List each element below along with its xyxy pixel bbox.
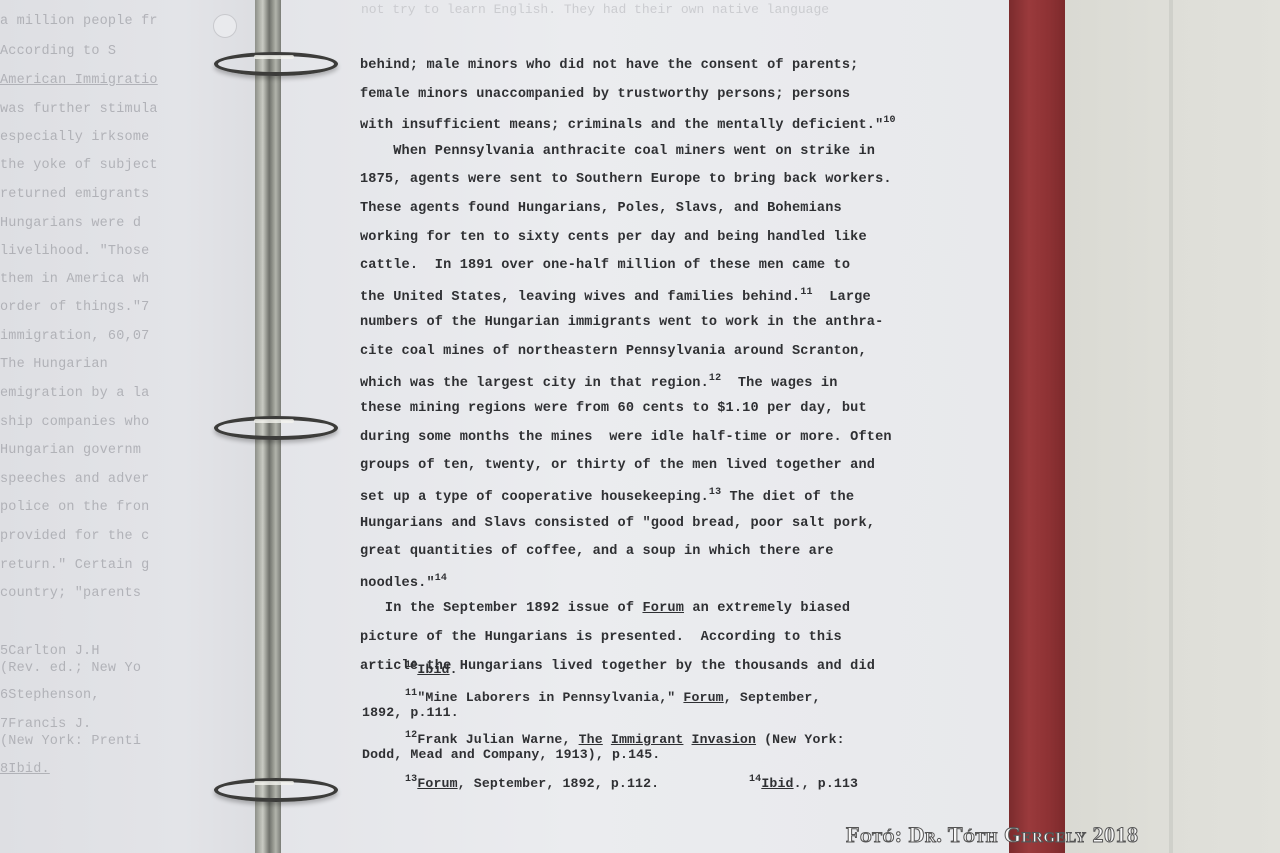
- body-line: cattle. In 1891 over one-half million of…: [360, 258, 850, 273]
- left-page-line: returned emigrants: [0, 187, 262, 202]
- footnote-13: 13Forum, September, 1892, p.112.: [405, 774, 659, 791]
- footnote-11: 11"Mine Laborers in Pennsylvania," Forum…: [405, 688, 821, 705]
- footnote-11-cont: 1892, p.111.: [362, 705, 459, 720]
- body-line: When Pennsylvania anthracite coal miners…: [360, 144, 875, 159]
- left-page-line: emigration by a la: [0, 386, 262, 401]
- body-line: These agents found Hungarians, Poles, Sl…: [360, 201, 842, 216]
- body-line: noodles."14: [360, 573, 447, 591]
- body-line: the United States, leaving wives and fam…: [360, 287, 871, 305]
- body-line: cite coal mines of northeastern Pennsylv…: [360, 344, 867, 359]
- binder-ring: [214, 416, 338, 440]
- left-page-line: Hungarian governm: [0, 443, 262, 458]
- left-page-line: immigration, 60,07: [0, 329, 262, 344]
- binder-ring: [214, 778, 338, 802]
- left-page-line: 8Ibid.: [0, 762, 262, 777]
- left-page-line: them in America wh: [0, 272, 262, 287]
- footnote-14: 14Ibid., p.113: [749, 774, 858, 791]
- left-page-line: livelihood. "Those: [0, 244, 262, 259]
- body-line: great quantities of coffee, and a soup i…: [360, 544, 834, 559]
- body-line: behind; male minors who did not have the…: [360, 58, 858, 73]
- body-line: 1875, agents were sent to Southern Europ…: [360, 172, 892, 187]
- photo-credit-watermark: Fotó: Dr. Tóth Gergely 2018: [846, 822, 1139, 848]
- body-line: picture of the Hungarians is presented. …: [360, 630, 842, 645]
- body-line: which was the largest city in that regio…: [360, 373, 838, 391]
- left-page-line: the yoke of subject: [0, 158, 262, 173]
- punch-hole: [213, 14, 237, 38]
- left-page-line: was further stimula: [0, 102, 262, 117]
- body-line: these mining regions were from 60 cents …: [360, 401, 867, 416]
- body-line: Hungarians and Slavs consisted of "good …: [360, 516, 875, 531]
- left-page-line: Hungarians were d: [0, 216, 262, 231]
- left-page-line: order of things."7: [0, 300, 262, 315]
- footnote-10: 10Ibid.: [405, 660, 458, 677]
- left-page-line: (Rev. ed.; New Yo: [0, 661, 262, 676]
- left-page-line: 6Stephenson,: [0, 688, 262, 703]
- body-line: working for ten to sixty cents per day a…: [360, 230, 867, 245]
- cover-edge: [1169, 0, 1173, 853]
- sheet-protector-strip: [1009, 0, 1065, 853]
- right-page: not try to learn English. They had their…: [281, 0, 1009, 853]
- body-line: numbers of the Hungarian immigrants went…: [360, 315, 883, 330]
- body-line: In the September 1892 issue of Forum an …: [360, 601, 850, 616]
- footnote-12-cont: Dodd, Mead and Company, 1913), p.145.: [362, 747, 660, 762]
- left-page-line: country; "parents: [0, 586, 262, 601]
- left-page-line: especially irksome: [0, 130, 262, 145]
- left-page-line: provided for the c: [0, 529, 262, 544]
- left-page-line: return." Certain g: [0, 558, 262, 573]
- left-page-line: (New York: Prenti: [0, 734, 262, 749]
- left-page-line: The Hungarian: [0, 357, 262, 372]
- binder-ring: [214, 52, 338, 76]
- footnote-12: 12Frank Julian Warne, The Immigrant Inva…: [405, 730, 845, 747]
- body-line: female minors unaccompanied by trustwort…: [360, 87, 850, 102]
- body-line: during some months the mines were idle h…: [360, 430, 892, 445]
- left-page-line: 7Francis J.: [0, 717, 262, 732]
- body-line: set up a type of cooperative housekeepin…: [360, 487, 854, 505]
- left-page-line: 5Carlton J.H: [0, 644, 262, 659]
- left-page-line: American Immigratio: [0, 73, 262, 88]
- show-through-text: not try to learn English. They had their…: [361, 2, 829, 17]
- left-page-line: speeches and adver: [0, 472, 262, 487]
- left-page-line: police on the fron: [0, 500, 262, 515]
- body-line: groups of ten, twenty, or thirty of the …: [360, 458, 875, 473]
- body-line: with insufficient means; criminals and t…: [360, 115, 896, 133]
